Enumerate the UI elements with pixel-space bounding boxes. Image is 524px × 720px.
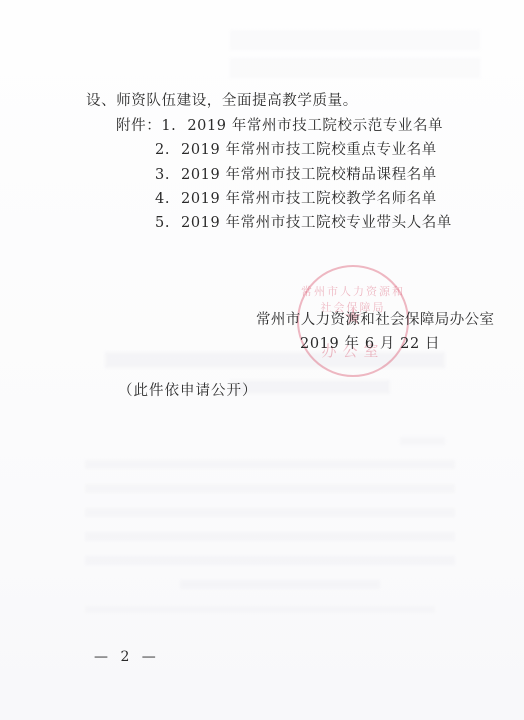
attachments-label: 附件： [116,118,161,134]
bleed-through-text [85,556,455,565]
bleed-through-text [180,580,380,589]
attachment-number: 3. [155,166,181,184]
signing-organization: 常州市人力资源和社会保障局办公室 [256,311,494,329]
attachment-number: 5. [155,214,181,232]
bleed-through-text [85,460,455,469]
bleed-through-text [85,484,455,493]
attachment-item-1: 附件：1.2019 年常州市技工院校示范专业名单 [116,117,443,135]
attachment-item-3: 3.2019 年常州市技工院校精品课程名单 [155,166,437,184]
attachment-item-4: 4.2019 年常州市技工院校教学名师名单 [155,190,437,208]
bleed-through-text [85,508,455,517]
disclosure-notice: （此件依申请公开） [118,382,258,400]
attachment-number: 2. [155,141,181,159]
body-paragraph-end: 设、师资队伍建设，全面提高教学质量。 [86,92,358,110]
bleed-through-text [400,437,445,445]
attachment-title: 2019 年常州市技工院校示范专业名单 [187,117,443,135]
signing-date: 2019 年 6 月 22 日 [300,335,440,353]
bleed-through-text [85,606,435,613]
document-page: 设、师资队伍建设，全面提高教学质量。 附件：1.2019 年常州市技工院校示范专… [0,0,524,720]
attachment-number: 4. [155,190,181,208]
attachment-title: 2019 年常州市技工院校重点专业名单 [181,142,437,158]
bleed-through-header [230,58,480,78]
page-number: — 2 — [94,648,160,666]
attachment-title: 2019 年常州市技工院校精品课程名单 [181,167,437,183]
attachment-item-2: 2.2019 年常州市技工院校重点专业名单 [155,141,437,159]
attachment-number: 1. [161,117,187,135]
attachment-title: 2019 年常州市技工院校专业带头人名单 [181,215,452,231]
bleed-through-text [85,532,455,541]
attachment-item-5: 5.2019 年常州市技工院校专业带头人名单 [155,214,452,232]
attachment-title: 2019 年常州市技工院校教学名师名单 [181,191,437,207]
bleed-through-header [230,30,480,50]
